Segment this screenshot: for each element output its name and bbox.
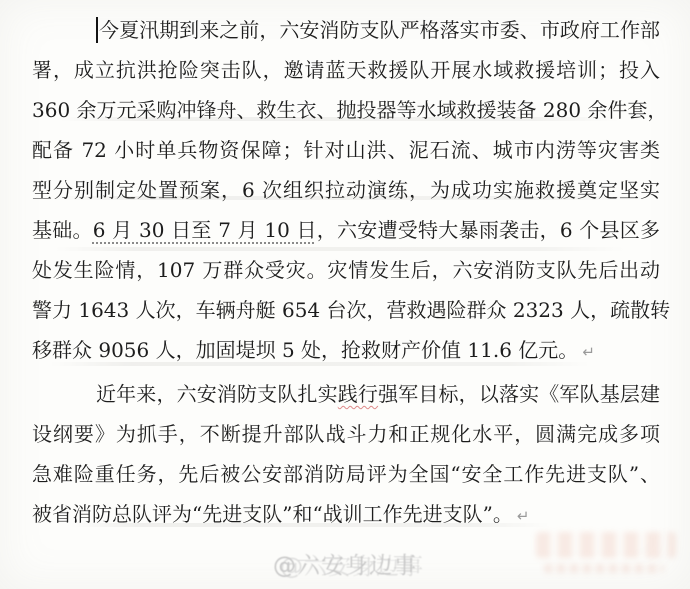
text-segment: 配备 72 小时单兵物资保障；针对山洪、泥石流、城市内涝等灾害类 xyxy=(32,138,660,162)
paragraph-mark-icon: ↵ xyxy=(517,507,530,525)
text-line: 基础。6 月 30 日至 7 月 10 日，六安遭受特大暴雨袭击，6 个县区多 xyxy=(32,210,660,250)
text-segment: 处发生险情，107 万群众受灾。灾情发生后，六安消防支队先后出动 xyxy=(32,258,660,282)
text-segment: 践行 xyxy=(338,382,378,406)
text-segment: 今夏汛期到来之前，六安消防支队严格落实市委、市政府工作部 xyxy=(99,18,660,42)
text-line: 今夏汛期到来之前，六安消防支队严格落实市委、市政府工作部 xyxy=(32,10,660,50)
text-line: 署，成立抗洪抢险突击队，邀请蓝天救援队开展水域救援培训；投入 xyxy=(32,50,660,90)
document-body: 今夏汛期到来之前，六安消防支队严格落实市委、市政府工作部署，成立抗洪抢险突击队，… xyxy=(32,10,660,534)
text-segment: 设纲要》为抓手，不断提升部队战斗力和正规化水平，圆满完成多项 xyxy=(32,422,660,446)
text-segment: 基础。 xyxy=(32,218,93,242)
text-line: 360 余万元采购冲锋舟、救生衣、抛投器等水域救援装备 280 余件套， xyxy=(32,90,660,130)
text-segment: 署，成立抗洪抢险突击队，邀请蓝天救援队开展水域救援培训；投入 xyxy=(32,58,660,82)
text-line: 警力 1643 人次，车辆舟艇 654 台次，营救遇险群众 2323 人，疏散转 xyxy=(32,290,660,330)
document-page: 今夏汛期到来之前，六安消防支队严格落实市委、市政府工作部署，成立抗洪抢险突击队，… xyxy=(0,0,690,589)
text-cursor-icon xyxy=(96,17,98,43)
text-segment: 被省消防总队评为“先进支队”和“战训工作先进支队”。 xyxy=(32,502,513,526)
text-segment: 急难险重任务，先后被公安部消防局评为全国“安全工作先进支队”、 xyxy=(32,462,660,486)
text-segment: 360 余万元采购冲锋舟、救生衣、抛投器等水域救援装备 280 余件套， xyxy=(32,98,667,122)
text-line: 型分别制定处置预案，6 次组织拉动演练，为成功实施救援奠定坚实 xyxy=(32,170,660,210)
text-segment: 强军目标，以落实《军队基层建 xyxy=(378,382,660,406)
text-line: 近年来，六安消防支队扎实践行强军目标，以落实《军队基层建 xyxy=(32,374,660,414)
text-segment: 近年来，六安消防支队扎实 xyxy=(96,382,338,406)
text-line: 设纲要》为抓手，不断提升部队战斗力和正规化水平，圆满完成多项 xyxy=(32,414,660,454)
text-segment: 型分别制定处置预案，6 次组织拉动演练，为成功实施救援奠定坚实 xyxy=(32,178,660,202)
text-segment: 移群众 9056 人，加固堤坝 5 处，抢救财产价值 11.6 亿元。 xyxy=(32,338,578,362)
text-segment: 6 月 30 日至 7 月 10 日 xyxy=(93,218,317,242)
weibo-watermark: @六安身边事 xyxy=(0,547,690,580)
text-line: 被省消防总队评为“先进支队”和“战训工作先进支队”。↵ xyxy=(32,494,660,534)
text-line: 移群众 9056 人，加固堤坝 5 处，抢救财产价值 11.6 亿元。↵ xyxy=(32,330,660,370)
text-segment: 警力 1643 人次，车辆舟艇 654 台次，营救遇险群众 2323 人，疏散转 xyxy=(32,298,670,322)
text-segment: ，六安遭受特大暴雨袭击，6 个县区多 xyxy=(317,218,660,242)
paragraph-mark-icon: ↵ xyxy=(582,343,595,361)
text-line: 处发生险情，107 万群众受灾。灾情发生后，六安消防支队先后出动 xyxy=(32,250,660,290)
text-line: 配备 72 小时单兵物资保障；针对山洪、泥石流、城市内涝等灾害类 xyxy=(32,130,660,170)
text-line: 急难险重任务，先后被公安部消防局评为全国“安全工作先进支队”、 xyxy=(32,454,660,494)
